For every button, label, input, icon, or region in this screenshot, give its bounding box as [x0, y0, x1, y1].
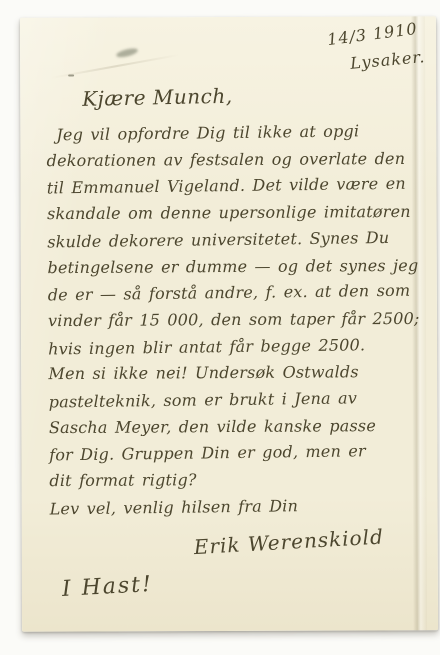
letter-closing: Lev vel, venlig hilsen fra Din: [49, 491, 429, 523]
letter-signature: Erik Werenskiold: [193, 525, 384, 560]
letter-line: skulde dekorere universitetet. Synes Du: [47, 224, 427, 256]
ink-smudge: [116, 47, 139, 59]
letter-place: Lysaker.: [349, 47, 426, 73]
letter-salutation: Kjære Munch,: [82, 84, 233, 111]
letter-line: Men si ikke nei! Undersøk Ostwalds: [48, 359, 428, 388]
letter-line: skandale om denne upersonlige imitatøren: [47, 199, 427, 228]
letter-line: vinder får 15 000, den som taper får 250…: [48, 306, 428, 335]
letter-line: hvis ingen blir antat får begge 2500.: [48, 331, 428, 363]
letter-body: Jeg vil opfordre Dig til ikke at opgi de…: [46, 118, 429, 522]
ink-fleck: [68, 75, 74, 77]
letter-postscript: I Hast!: [61, 572, 153, 602]
letter-line: til Emmanuel Vigeland. Det vilde være en: [47, 171, 427, 203]
letter-line: de er — så forstå andre, f. ex. at den s…: [48, 278, 428, 310]
letter-line: Jeg vil opfordre Dig til ikke at opgi: [46, 117, 426, 149]
letter-line: Sascha Meyer, den vilde kanske passe: [49, 413, 429, 442]
letter-line: dit format rigtig?: [49, 466, 429, 495]
letter-line: pastelteknik, som er brukt i Jena av: [49, 385, 429, 417]
letter-date: 14/3 1910: [326, 19, 418, 49]
letter-paper: 14/3 1910 Lysaker. Kjære Munch, Jeg vil …: [20, 16, 438, 631]
letter-line: dekorationen av festsalen og overlate de…: [47, 146, 427, 175]
letter-line: for Dig. Gruppen Din er god, men er: [49, 438, 429, 470]
letter-scan: 14/3 1910 Lysaker. Kjære Munch, Jeg vil …: [0, 0, 440, 655]
letter-line: betingelsene er dumme — og det synes jeg: [47, 252, 427, 281]
